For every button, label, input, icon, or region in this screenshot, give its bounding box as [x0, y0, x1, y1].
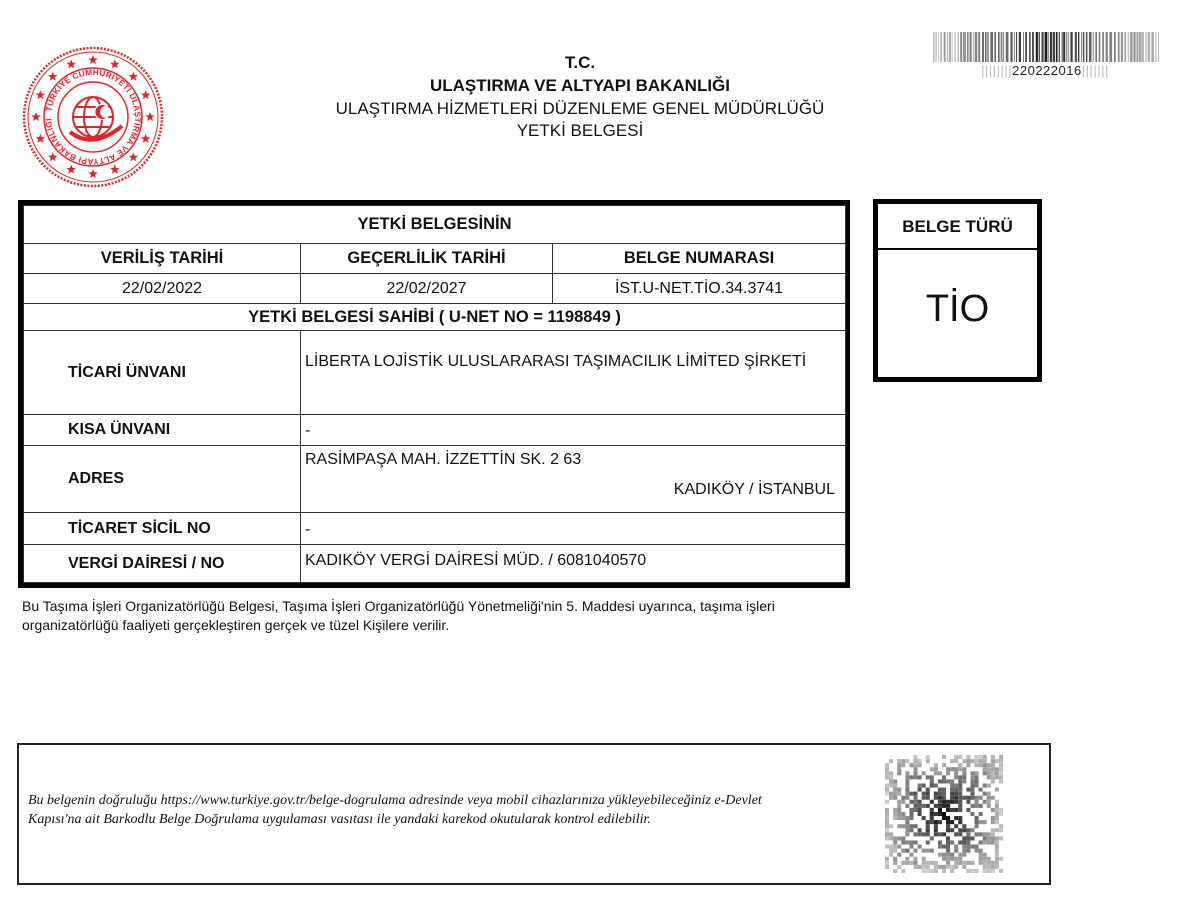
table-row: ADRES RASİMPAŞA MAH. İZZETTİN SK. 2 63 K…	[24, 446, 846, 513]
short-name-value: -	[301, 415, 846, 446]
validity-date-header: GEÇERLİLİK TARİHİ	[301, 244, 553, 274]
document-type-header: BELGE TÜRÜ	[878, 204, 1037, 250]
table-row: TİCARET SİCİL NO -	[24, 513, 846, 545]
table-row: TİCARİ ÜNVANI LİBERTA LOJİSTİK ULUSLARAR…	[24, 331, 846, 415]
document-type-value: TİO	[878, 250, 1037, 331]
header-ministry: ULAŞTIRMA VE ALTYAPI BAKANLIĞI	[280, 76, 880, 96]
verification-text: Bu belgenin doğruluğu https://www.turkiy…	[28, 791, 858, 829]
tax-office-label: VERGİ DAİRESİ / NO	[24, 545, 301, 583]
verification-box: Bu belgenin doğruluğu https://www.turkiy…	[17, 743, 1051, 885]
verification-text-line2: Kapısı'na ait Barkodlu Belge Doğrulama u…	[28, 810, 858, 829]
document-number-header: BELGE NUMARASI	[553, 244, 846, 274]
document-title: YETKİ BELGESİ	[280, 121, 880, 141]
trade-name-label: TİCARİ ÜNVANI	[24, 331, 301, 415]
address-label: ADRES	[24, 446, 301, 513]
trade-registry-value: -	[301, 513, 846, 545]
verification-text-line1: Bu belgenin doğruluğu https://www.turkiy…	[28, 791, 858, 810]
tax-office-value: KADIKÖY VERGİ DAİRESİ MÜD. / 6081040570	[301, 545, 846, 583]
header-directorate: ULAŞTIRMA HİZMETLERİ DÜZENLEME GENEL MÜD…	[280, 99, 880, 119]
holder-title: YETKİ BELGESİ SAHİBİ ( U-NET NO = 119884…	[24, 304, 846, 331]
header-tc: T.C.	[280, 53, 880, 73]
qr-code	[885, 755, 1003, 873]
short-name-label: KISA ÜNVANI	[24, 415, 301, 446]
validity-date-value: 22/02/2027	[301, 274, 553, 304]
legal-note: Bu Taşıma İşleri Organizatörlüğü Belgesi…	[22, 597, 842, 634]
table-row: VERGİ DAİRESİ / NO KADIKÖY VERGİ DAİRESİ…	[24, 545, 846, 583]
barcode-number: ||||||||220222016|||||||	[950, 63, 1140, 78]
document-type-box: BELGE TÜRÜ TİO	[873, 199, 1042, 382]
issue-date-header: VERİLİŞ TARİHİ	[24, 244, 301, 274]
certificate-section-title: YETKİ BELGESİNİN	[24, 206, 846, 244]
certificate-table: YETKİ BELGESİNİN VERİLİŞ TARİHİ GEÇERLİL…	[18, 200, 850, 588]
issue-date-value: 22/02/2022	[24, 274, 301, 304]
address-line2: KADIKÖY / İSTANBUL	[305, 481, 845, 499]
address-line1: RASİMPAŞA MAH. İZZETTİN SK. 2 63	[305, 451, 845, 469]
ministry-seal-logo: TÜRKİYE CUMHURİYETİ ULAŞTIRMA VE ALTYAPI…	[22, 46, 164, 188]
document-number-value: İST.U-NET.TİO.34.3741	[553, 274, 846, 304]
table-row: KISA ÜNVANI -	[24, 415, 846, 446]
trade-registry-label: TİCARET SİCİL NO	[24, 513, 301, 545]
trade-name-value: LİBERTA LOJİSTİK ULUSLARARASI TAŞIMACILI…	[301, 331, 846, 415]
barcode-image	[933, 32, 1159, 62]
